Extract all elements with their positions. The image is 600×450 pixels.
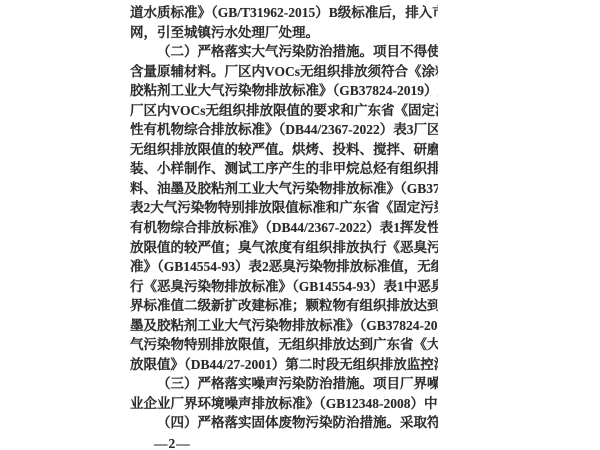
text-line: 厂区内VOCs无组织排放限值的要求和广东省《固定污染源挥发 <box>130 101 438 121</box>
text-line: 无组织排放限值的较严值。烘烤、投料、搅拌、研磨、脱泡、分 <box>130 140 438 160</box>
text-line-paragraph-3-start: （三）严格落实噪声污染防治措施。项目厂界噪声执行《工 <box>130 374 438 394</box>
page-number: —2— <box>130 434 438 450</box>
document-text-block: 道水质标准》（GB/T31962-2015）B级标准后，排入市政截污管 网，引至… <box>130 3 438 450</box>
text-line-paragraph-2-start: （二）严格落实大气污染防治措施。项目不得使用高VOCs <box>130 42 438 62</box>
text-line: 气污染物特别排放限值，无组织排放达到广东省《大气污染物排 <box>130 335 438 355</box>
text-line: 墨及胶粘剂工业大气污染物排放标准》（GB37824-2019）表2大 <box>130 316 438 336</box>
text-line: 胶粘剂工业大气污染物排放标准》（GB37824-2019）及其表B.1 <box>130 81 438 101</box>
text-line: 放限值的较严值；臭气浓度有组织排放执行《恶臭污染物排放标 <box>130 238 438 258</box>
text-line: 含量原辅材料。厂区内VOCs无组织排放须符合《涂料、油墨及 <box>130 62 438 82</box>
text-line: 行《恶臭污染物排放标准》（GB14554-93）表1中恶臭污染物厂 <box>130 277 438 297</box>
text-line: 网，引至城镇污水处理厂处理。 <box>130 23 438 43</box>
text-line: 料、油墨及胶粘剂工业大气污染物排放标准》（GB37824-2019） <box>130 179 438 199</box>
text-line: 界标准值二级新扩改建标准；颗粒物有组织排放达到《涂料、油 <box>130 296 438 316</box>
text-line: 装、小样制作、测试工序产生的非甲烷总烃有组织排放执行《涂 <box>130 159 438 179</box>
text-line: 性有机物综合排放标准》（DB44/2367-2022）表3厂区内VOCs <box>130 120 438 140</box>
text-line-paragraph-4-start: （四）严格落实固体废物污染防治措施。采取符合国家环境 <box>130 413 438 433</box>
text-line: 业企业厂界环境噪声排放标准》（GB12348-2008）中的3类限值。 <box>130 394 438 414</box>
text-line: 道水质标准》（GB/T31962-2015）B级标准后，排入市政截污管 <box>130 3 438 23</box>
text-line: 放限值》（DB44/27-2001）第二时段无组织排放监控浓度限值。 <box>130 355 438 375</box>
scanned-document-page: 道水质标准》（GB/T31962-2015）B级标准后，排入市政截污管 网，引至… <box>0 0 600 450</box>
text-line: 有机物综合排放标准》（DB44/2367-2022）表1挥发性有机物排 <box>130 218 438 238</box>
text-line: 表2大气污染物特别排放限值标准和广东省《固定污染源挥发性 <box>130 198 438 218</box>
text-line: 准》（GB14554-93）表2恶臭污染物排放标准值，无组织排放执 <box>130 257 438 277</box>
